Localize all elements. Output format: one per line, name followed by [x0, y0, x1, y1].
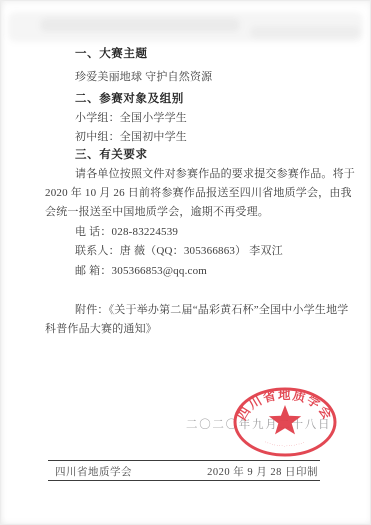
footer-rule-bottom: [48, 480, 320, 481]
contact-line: 联系人：唐 薇（QQ：305366863） 李双江: [75, 244, 283, 259]
footer-print-date: 2020 年 9 月 28 日印制: [207, 464, 318, 479]
section-heading-requirements: 三、有关要求: [75, 148, 148, 163]
attachment-line-2: 科普作品大赛的通知》: [45, 322, 157, 337]
requirements-line-1: 请各单位按照文件对参赛作品的要求提交参赛作品。将于: [75, 167, 355, 182]
group-primary-line: 小学组：全国小学学生: [75, 111, 187, 126]
requirements-line-3: 会统一报送至中国地质学会，逾期不再受理。: [45, 205, 269, 220]
scan-noise: [8, 12, 363, 42]
svg-text:·················: ·················: [264, 439, 306, 448]
document-page: 一、大赛主题 珍爱美丽地球 守护自然资源 二、参赛对象及组别 小学组：全国小学学…: [0, 0, 371, 525]
theme-text: 珍爱美丽地球 守护自然资源: [75, 70, 212, 85]
phone-line: 电 话：028-83224539: [75, 225, 178, 240]
section-heading-theme: 一、大赛主题: [75, 47, 148, 62]
section-heading-groups: 二、参赛对象及组别: [75, 92, 184, 107]
star-icon: [269, 405, 301, 434]
group-junior-line: 初中组：全国初中学生: [75, 130, 187, 145]
scan-noise: [250, 26, 360, 38]
official-seal: 四川省地质学会 ·················: [230, 382, 340, 462]
footer-organization: 四川省地质学会: [55, 464, 132, 479]
email-line: 邮 箱：305366853@qq.com: [75, 264, 207, 279]
scan-noise: [40, 18, 240, 32]
seal-bottom-marks: ·················: [264, 439, 306, 448]
attachment-line-1: 附件：《关于举办第二届“晶彩黄石杯”全国中小学生地学: [75, 303, 348, 318]
requirements-line-2: 2020 年 10 月 26 日前将参赛作品报送至四川省地质学会，由我: [45, 186, 352, 201]
